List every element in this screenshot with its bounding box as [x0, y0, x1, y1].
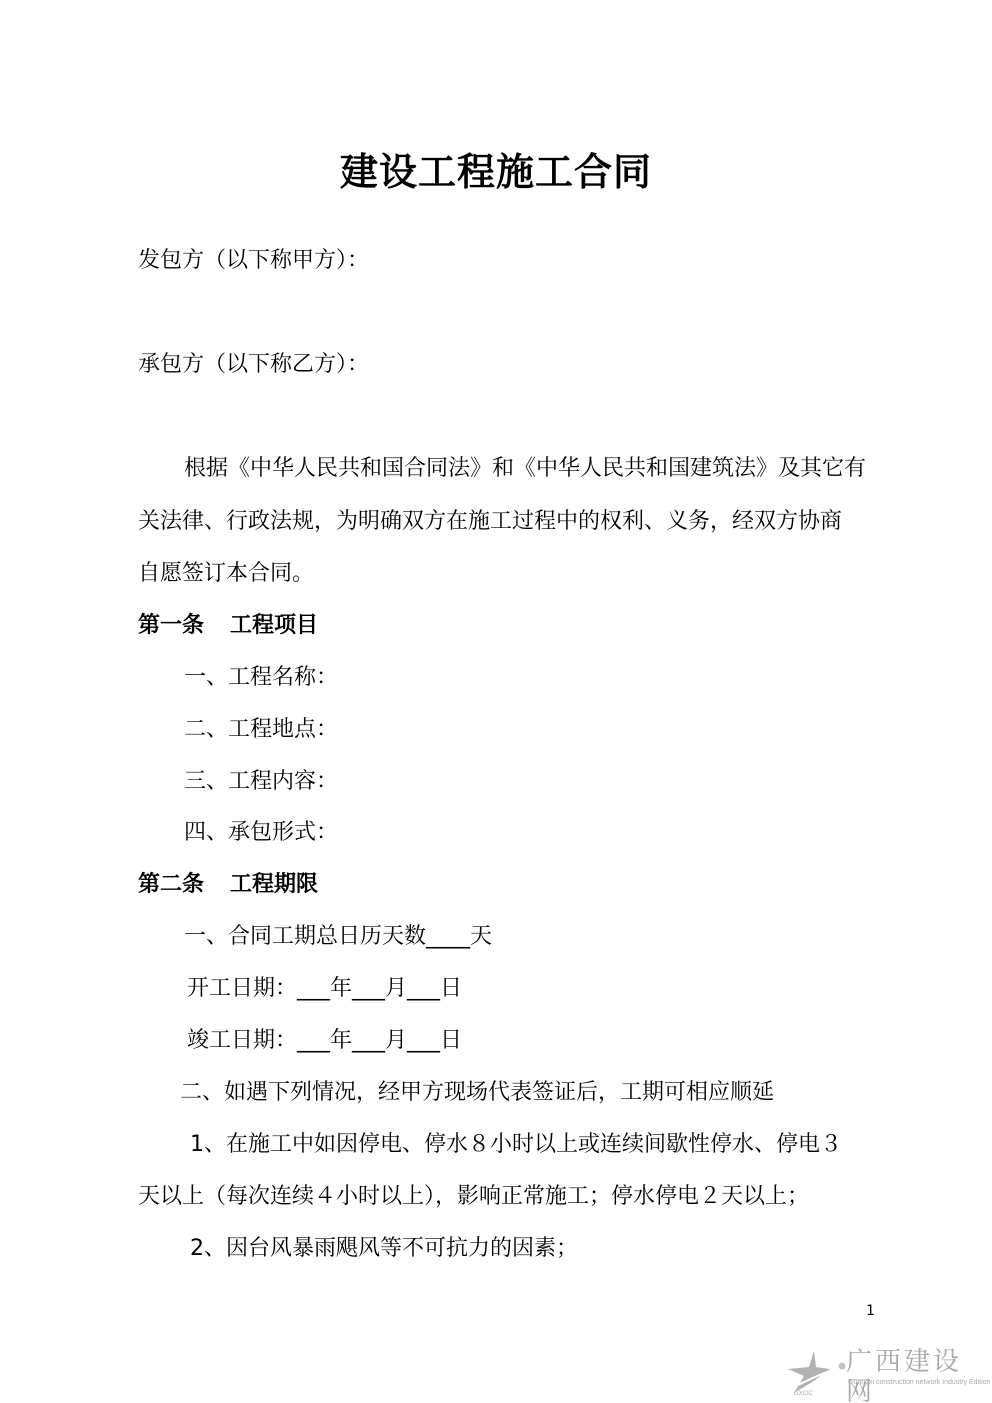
party-b-label: 承包方（以下称乙方）： [138, 350, 369, 380]
project-name-field: 一、工程名称： [184, 663, 338, 693]
contract-form-field: 四、承包形式： [184, 818, 338, 848]
party-a-label: 发包方（以下称甲方）： [138, 246, 369, 276]
total-days-field: 一、合同工期总日历天数____天 [184, 922, 492, 952]
article-1-title: 工程项目 [230, 613, 318, 638]
preamble-line-2: 关法律、行政法规，为明确双方在施工过程中的权利、义务，经双方协商 [138, 507, 842, 537]
project-content-field: 三、工程内容： [184, 767, 338, 797]
document-page: 建设工程施工合同 发包方（以下称甲方）： 承包方（以下称乙方）： 根据《中华人民… [0, 0, 992, 1403]
star-logo-icon: GXCIC [784, 1345, 846, 1397]
extension-case-1-line-2: 天以上（每次连续４小时以上），影响正常施工；停水停电２天以上； [138, 1182, 809, 1212]
start-date-field: 开工日期：___年___月___日 [187, 974, 462, 1004]
extension-case-2: 2、因台风暴雨飓风等不可抗力的因素； [190, 1234, 578, 1264]
extension-case-1-line-1: 1、在施工中如因停电、停水８小时以上或连续间歇性停水、停电３ [190, 1130, 842, 1160]
article-1-heading: 第一条工程项目 [138, 611, 318, 641]
article-1-number: 第一条 [138, 613, 204, 638]
article-2-heading: 第二条工程期限 [138, 870, 318, 900]
watermark: GXCIC 广西建设网 Guangxi construction network… [784, 1345, 989, 1397]
end-date-field: 竣工日期：___年___月___日 [187, 1026, 462, 1056]
preamble-line-3: 自愿签订本合同。 [138, 559, 314, 589]
article-2-number: 第二条 [138, 872, 204, 897]
watermark-subtitle: Guangxi construction network Industry Ed… [848, 1378, 990, 1387]
project-location-field: 二、工程地点： [184, 715, 338, 745]
watermark-site-name: 广西建设网 [846, 1347, 989, 1403]
preamble-line-1: 根据《中华人民共和国合同法》和《中华人民共和国建筑法》及其它有 [184, 454, 866, 484]
document-title: 建设工程施工合同 [0, 146, 992, 198]
svg-text:GXCIC: GXCIC [794, 1391, 814, 1397]
article-2-title: 工程期限 [230, 872, 318, 897]
extension-clause: 二、如遇下列情况，经甲方现场代表签证后，工期可相应顺延 [180, 1078, 774, 1108]
page-number: 1 [866, 1302, 875, 1320]
